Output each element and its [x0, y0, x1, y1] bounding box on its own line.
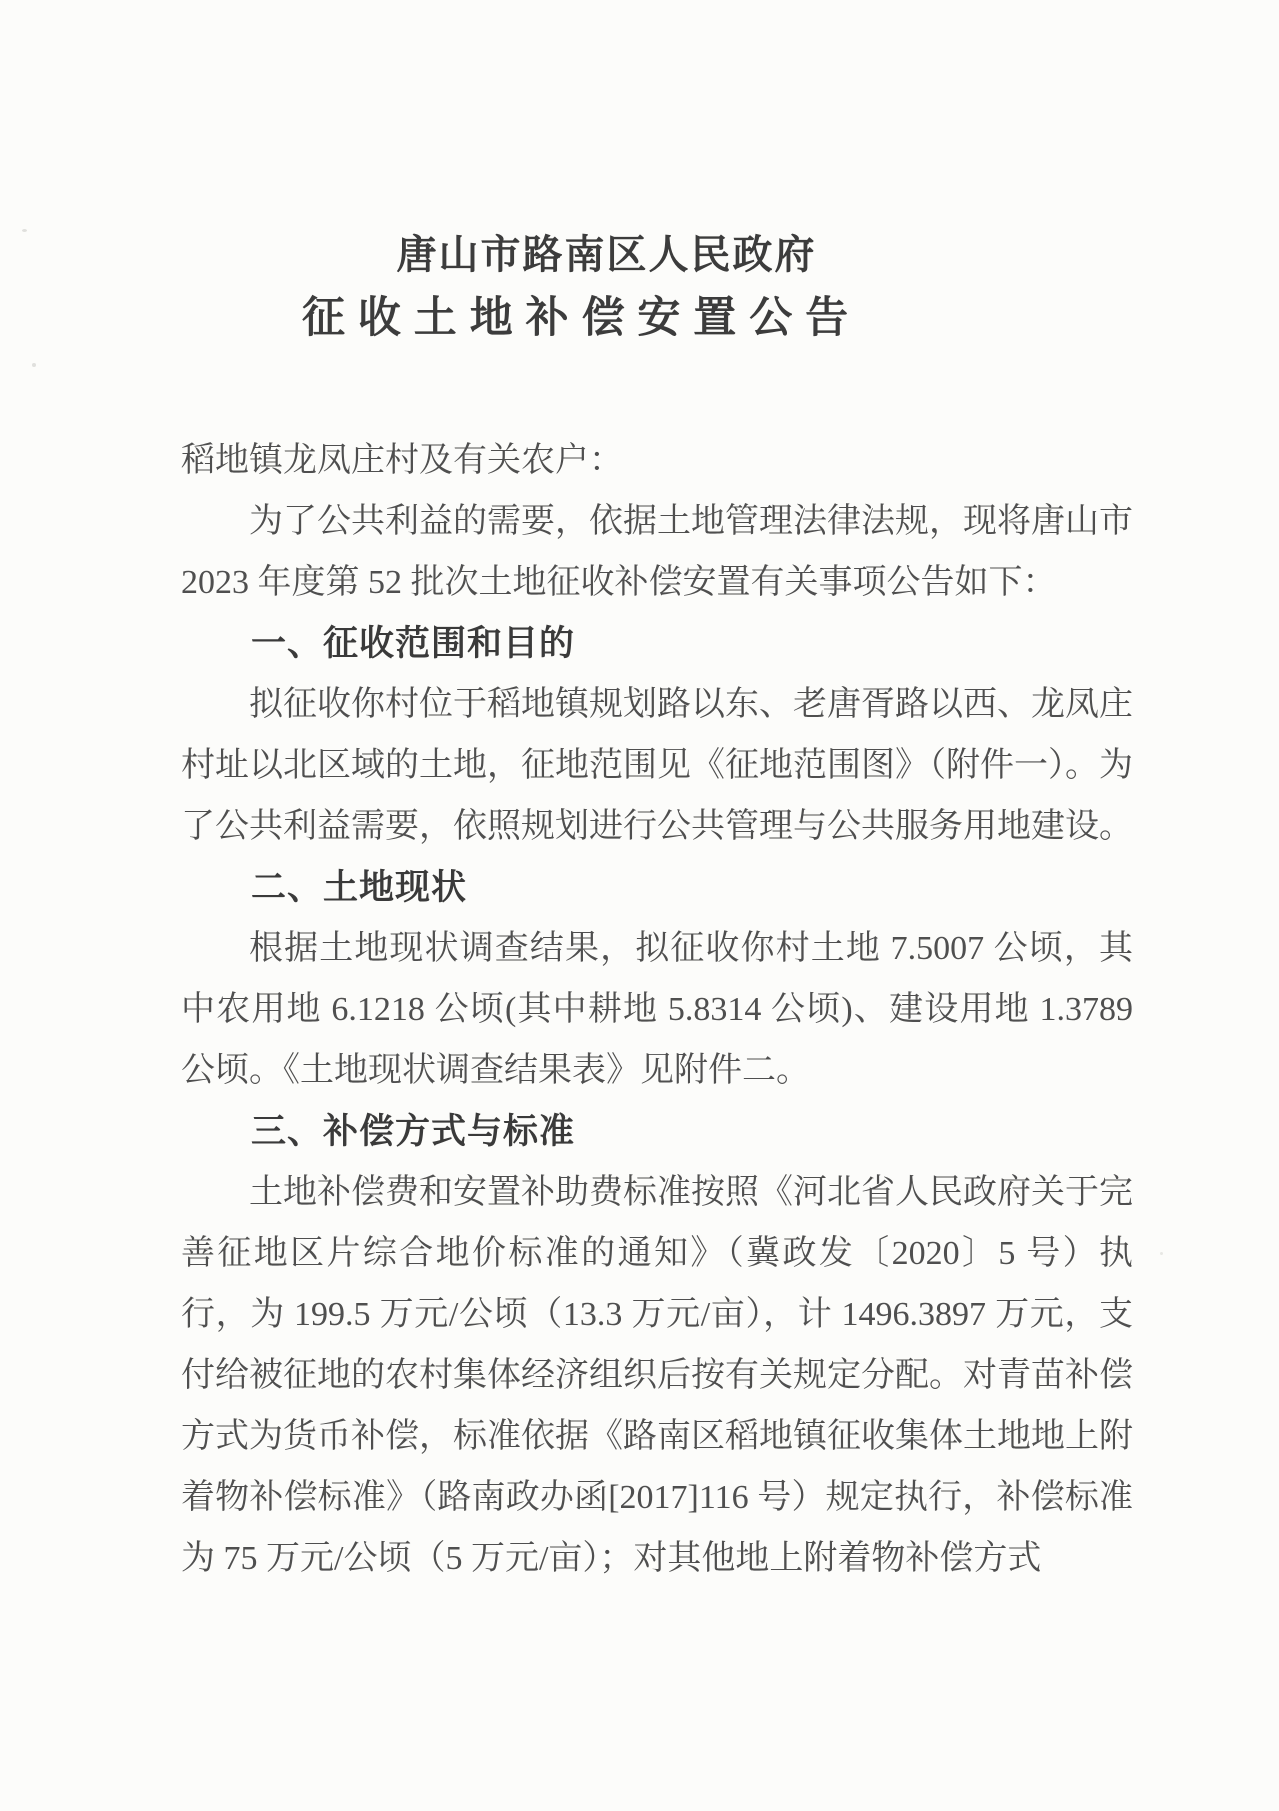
scan-speck	[1160, 1252, 1163, 1255]
section-paragraph-compensation: 土地补偿费和安置补助费标准按照《河北省人民政府关于完善征地区片综合地价标准的通知…	[181, 1162, 1133, 1589]
document-title-issuer: 唐山市路南区人民政府	[0, 229, 1246, 281]
scan-speck	[32, 363, 36, 367]
document-body: 稻地镇龙凤庄村及有关农户： 为了公共利益的需要，依据土地管理法律法规，现将唐山市…	[181, 430, 1133, 1589]
salutation-line: 稻地镇龙凤庄村及有关农户：	[181, 430, 1133, 491]
section-paragraph-scope-purpose: 拟征收你村位于稻地镇规划路以东、老唐胥路以西、龙凤庄村址以北区域的土地，征地范围…	[181, 674, 1133, 857]
section-heading-land-status: 二、土地现状	[181, 857, 1133, 918]
intro-paragraph: 为了公共利益的需要，依据土地管理法律法规，现将唐山市 2023 年度第 52 批…	[181, 491, 1133, 613]
document-title-subject: 征收土地补偿安置公告	[0, 291, 1221, 345]
scanned-document-page: 唐山市路南区人民政府 征收土地补偿安置公告 稻地镇龙凤庄村及有关农户： 为了公共…	[0, 0, 1279, 1811]
section-heading-compensation: 三、补偿方式与标准	[181, 1101, 1133, 1162]
section-heading-scope-purpose: 一、征收范围和目的	[181, 613, 1133, 674]
section-paragraph-land-status: 根据土地现状调查结果，拟征收你村土地 7.5007 公顷，其中农用地 6.121…	[181, 918, 1133, 1101]
document-title-block: 唐山市路南区人民政府 征收土地补偿安置公告	[0, 229, 1279, 345]
